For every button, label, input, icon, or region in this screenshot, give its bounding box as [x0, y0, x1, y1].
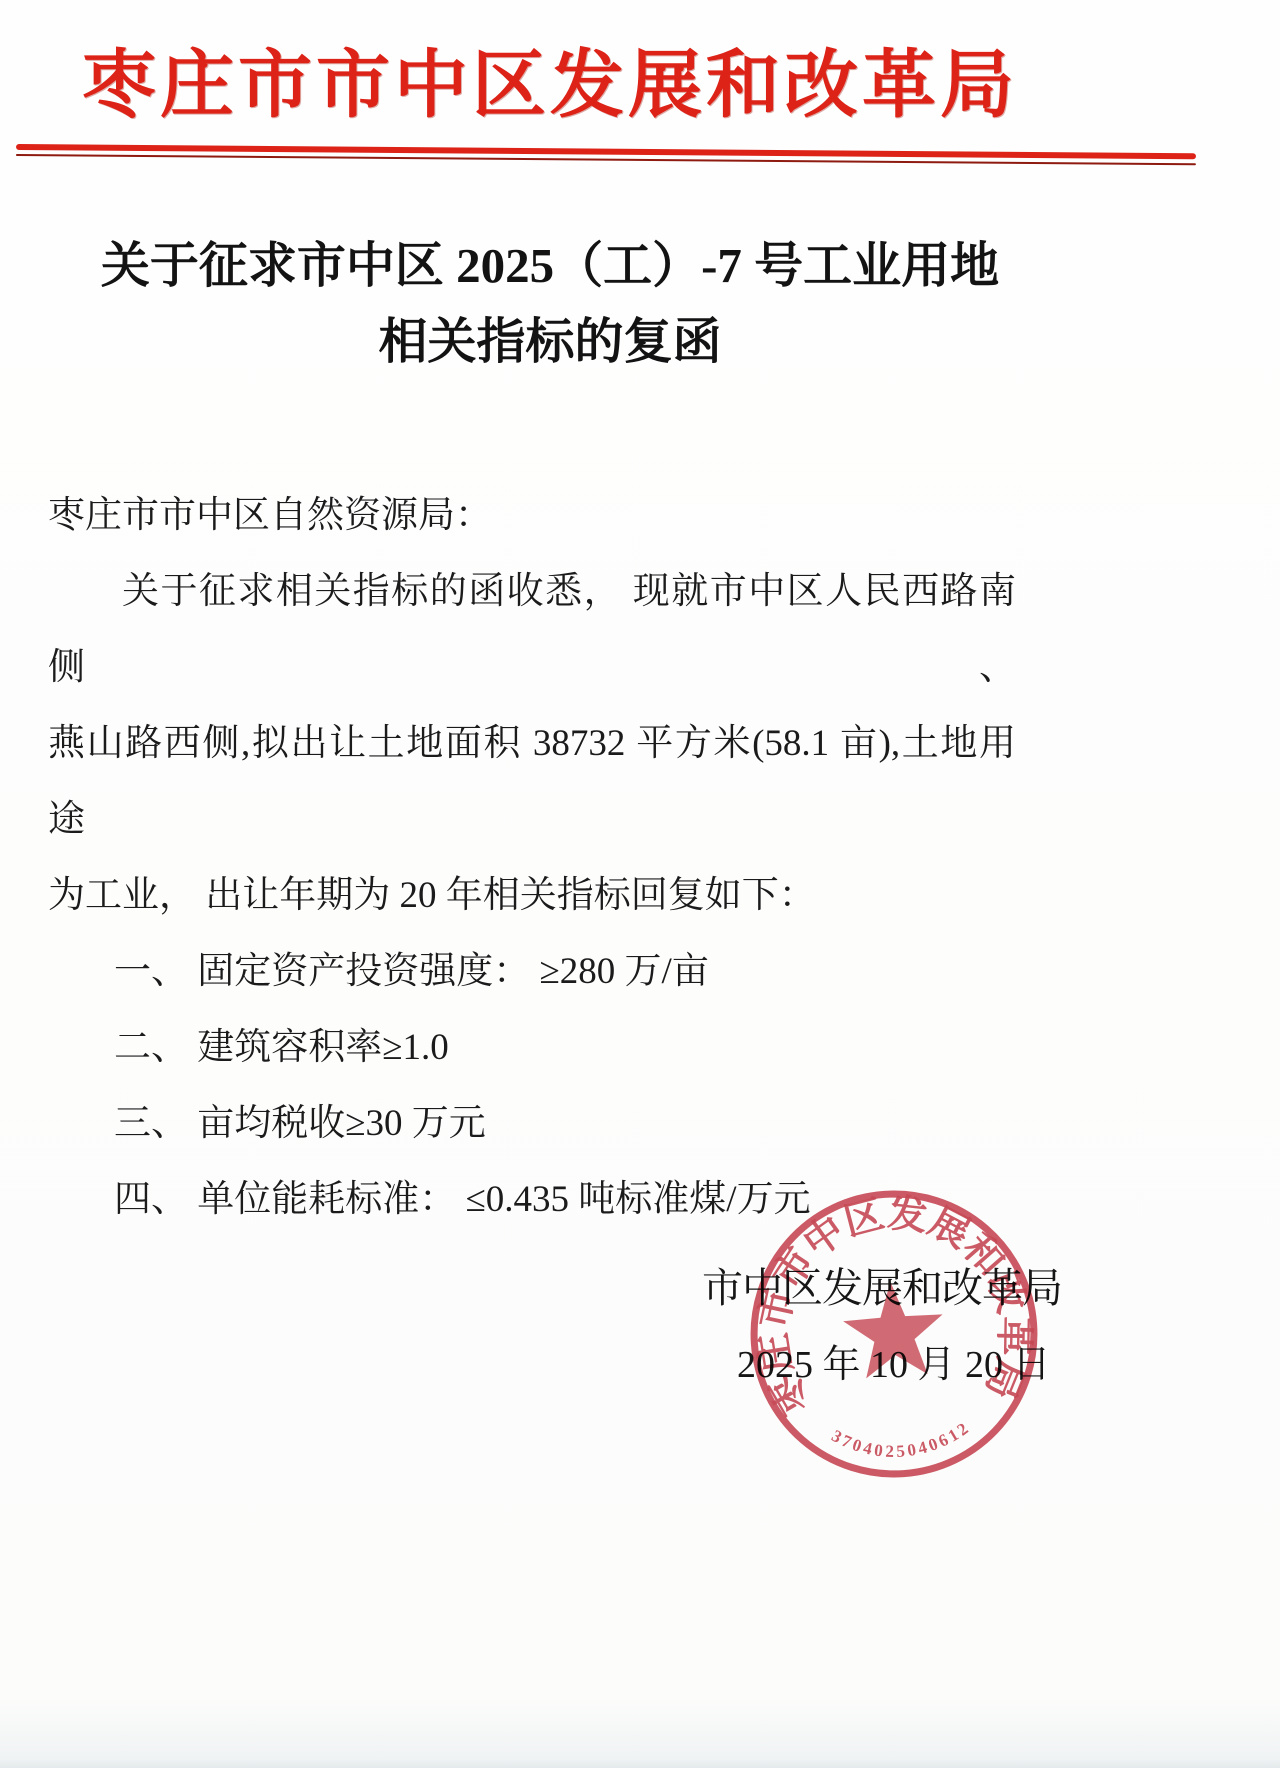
letterhead-org-name: 枣庄市市中区发展和改革局	[35, 26, 1065, 132]
star-icon	[841, 1278, 947, 1379]
list-item-3: 三、 亩均税收≥30 万元	[48, 1086, 1016, 1162]
paragraph-line: 关于征求相关指标的函收悉， 现就市中区人民西路南侧、	[48, 554, 1016, 706]
document-title-line2: 相关指标的复函	[35, 304, 1065, 380]
salutation: 枣庄市市中区自然资源局：	[48, 478, 1016, 554]
letterhead-divider	[16, 144, 1196, 165]
list-item-1: 一、 固定资产投资强度： ≥280 万/亩	[48, 934, 1016, 1010]
official-seal: 枣庄市市中区发展和改革局 3704025040612	[733, 1173, 1055, 1495]
paragraph-line: 燕山路西侧,拟出让土地面积 38732 平方米(58.1 亩),土地用途	[48, 706, 1016, 858]
document-page: 枣庄市市中区发展和改革局 关于征求市中区 2025（工）-7 号工业用地 相关指…	[0, 0, 1280, 1768]
paragraph-line: 为工业， 出让年期为 20 年相关指标回复如下：	[48, 858, 1016, 934]
list-item-2: 二、 建筑容积率≥1.0	[48, 1010, 1016, 1086]
document-title-line1: 关于征求市中区 2025（工）-7 号工业用地	[35, 228, 1065, 304]
document-title: 关于征求市中区 2025（工）-7 号工业用地 相关指标的复函	[35, 228, 1065, 380]
document-body: 枣庄市市中区自然资源局： 关于征求相关指标的函收悉， 现就市中区人民西路南侧、 …	[48, 478, 1016, 1238]
